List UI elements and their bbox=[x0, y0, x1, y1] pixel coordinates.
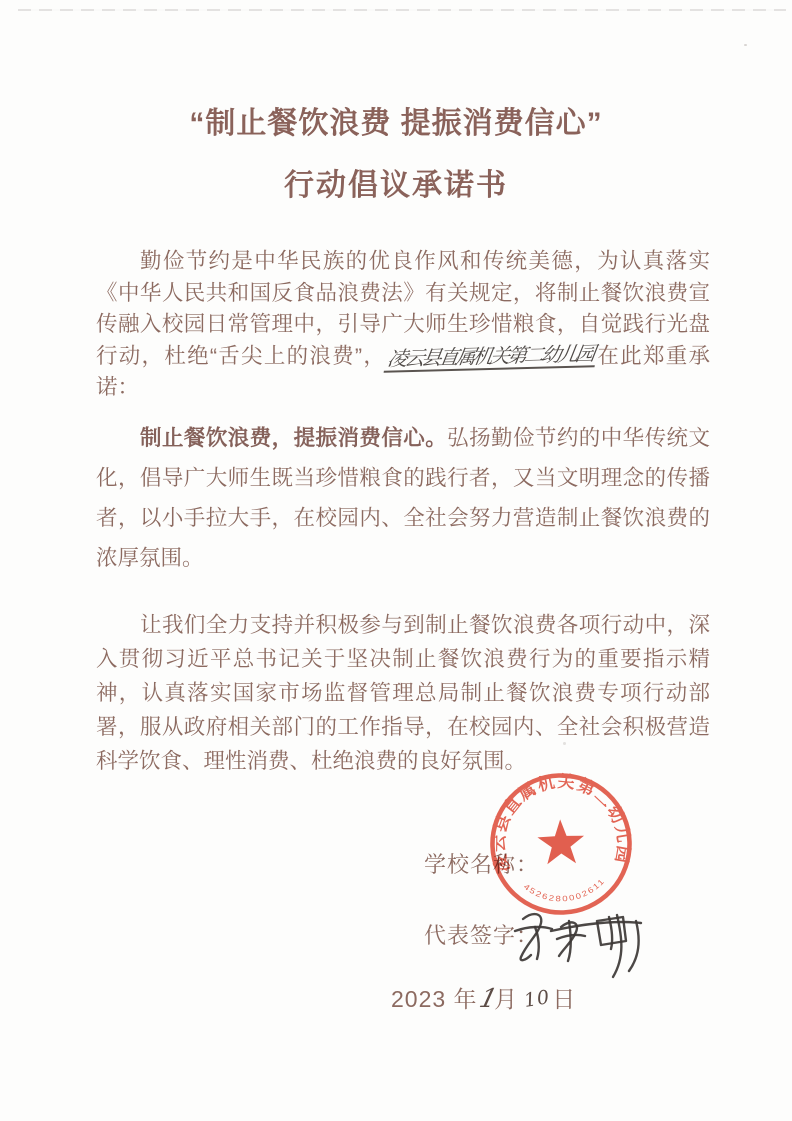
scan-artifact-line bbox=[18, 9, 786, 11]
paragraph-pledge-intro: 勤俭节约是中华民族的优良作风和传统美德，为认真落实《中华人民共和国反食品浪费法》… bbox=[96, 246, 710, 404]
stamp-star-icon bbox=[537, 819, 585, 865]
handwritten-school-name: 凌云县直属机关第二幼儿园 bbox=[384, 341, 599, 372]
scanned-pledge-document: “制止餐饮浪费 提振消费信心” 行动倡议承诺书 勤俭节约是中华民族的优良作风和传… bbox=[0, 0, 792, 1121]
date-line: 2023 年1月10日 bbox=[391, 981, 576, 1014]
paragraph-commitment: 制止餐饮浪费，提振消费信心。弘扬勤俭节约的中华传统文化，倡导广大师生既当珍惜粮食… bbox=[96, 418, 710, 578]
date-year-printed: 2023 年 bbox=[391, 986, 478, 1012]
scan-speck bbox=[744, 44, 747, 46]
representative-signature bbox=[505, 897, 655, 982]
paragraph-action: 让我们全力支持并积极参与到制止餐饮浪费各项行动中，深入贯彻习近平总书记关于坚决制… bbox=[96, 608, 710, 778]
date-day-unit: 日 bbox=[552, 986, 576, 1012]
handwritten-day: 10 bbox=[523, 986, 552, 1012]
document-title: “制止餐饮浪费 提振消费信心” bbox=[0, 98, 792, 142]
document-subtitle: 行动倡议承诺书 bbox=[0, 160, 792, 204]
paragraph-2-bold-lead: 制止餐饮浪费，提振消费信心。 bbox=[140, 426, 447, 450]
